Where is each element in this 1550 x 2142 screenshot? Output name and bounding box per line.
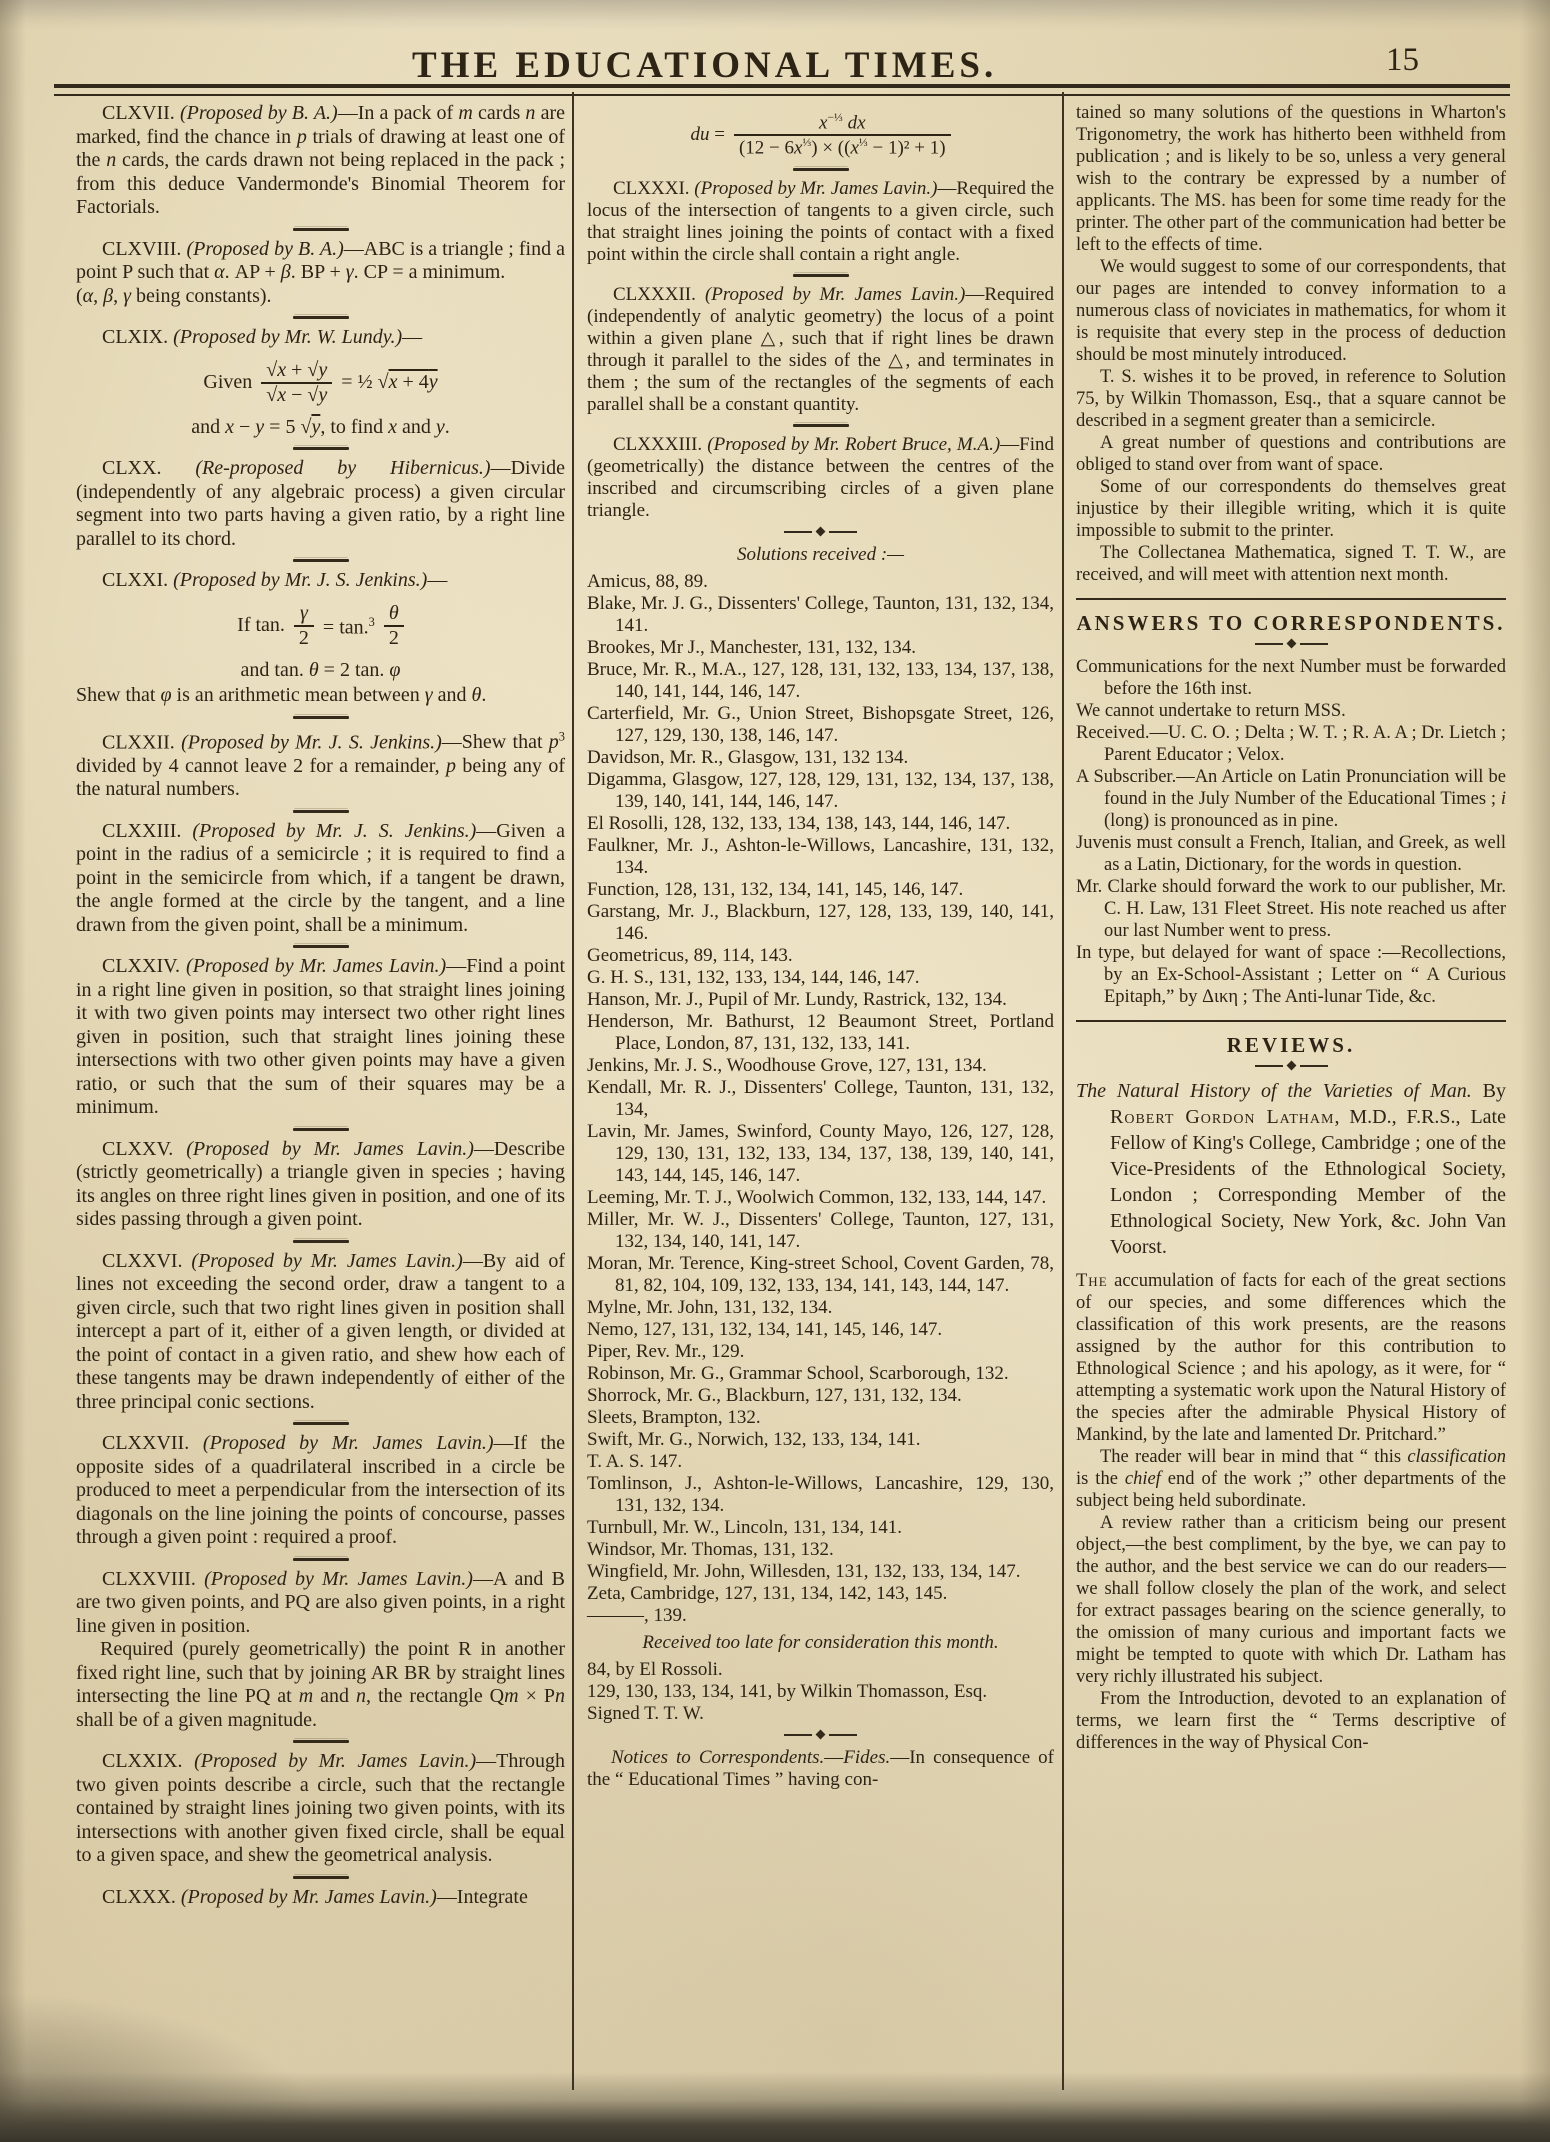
paragraph: From the Introduction, devoted to an exp… — [1076, 1688, 1506, 1754]
diamond-icon — [1286, 1061, 1296, 1071]
problem-attribution: (Proposed by Mr. James Lavin.) — [181, 1886, 437, 1908]
list-item: Miller, Mr. W. J., Dissenters' College, … — [587, 1209, 1054, 1253]
numerator: x−⅓ dx — [814, 111, 871, 134]
numerator: θ — [384, 602, 404, 625]
list-item: Sleets, Brampton, 132. — [587, 1407, 1054, 1429]
math-line: and tan. θ = 2 tan. φ — [76, 659, 565, 683]
problem-number: CLXXVIII. — [102, 1568, 196, 1590]
list-item: In type, but delayed for want of space :… — [1076, 942, 1506, 1008]
diamond-icon — [816, 1730, 826, 1740]
paragraph: 84, by El Rossoli. — [587, 1659, 1054, 1681]
list-item: Mylne, Mr. John, 131, 132, 134. — [587, 1297, 1054, 1319]
separator-rule — [76, 447, 565, 450]
list-item: Garstang, Mr. J., Blackburn, 127, 128, 1… — [587, 901, 1054, 945]
problem-attribution: (Proposed by Mr. Robert Bruce, M.A.) — [707, 434, 1000, 455]
problem-number: CLXXXII. — [613, 284, 696, 305]
ornament-line — [1300, 643, 1328, 645]
list-item: Zeta, Cambridge, 127, 131, 134, 142, 143… — [587, 1583, 1054, 1605]
problem-attribution: (Proposed by B. A.) — [186, 238, 343, 260]
problem-number: CLXVIII. — [102, 238, 181, 260]
problem-number: CLXXIII. — [102, 820, 181, 842]
problem-statement: CLXXV. (Proposed by Mr. James Lavin.)—De… — [76, 1138, 565, 1232]
fraction: √x + √y√x − √y — [261, 359, 332, 407]
separator-rule — [76, 228, 565, 231]
separator-bar — [293, 716, 349, 719]
ornament-line — [1255, 1065, 1283, 1067]
list-item: Shorrock, Mr. G., Blackburn, 127, 131, 1… — [587, 1385, 1054, 1407]
problem-attribution: (Proposed by Mr. James Lavin.) — [194, 1750, 476, 1772]
list-item: Moran, Mr. Terence, King-street School, … — [587, 1253, 1054, 1297]
list-item: Wingfield, Mr. John, Willesden, 131, 132… — [587, 1561, 1054, 1583]
column-divider-2 — [1062, 92, 1064, 2090]
separator-bar — [293, 1240, 349, 1243]
list-item: T. A. S. 147. — [587, 1451, 1054, 1473]
problem-number: CLXXVII. — [102, 1432, 189, 1454]
equation-prefix: Given — [203, 371, 252, 395]
paragraph: Signed T. T. W. — [587, 1703, 1054, 1725]
denominator: (12 − 6x⅓) × ((x⅓ − 1)² + 1) — [734, 134, 951, 159]
list-item: Kendall, Mr. R. J., Dissenters' College,… — [587, 1077, 1054, 1121]
column-3: tained so many solutions of the question… — [1076, 102, 1506, 1754]
list-item: Jenkins, Mr. J. S., Woodhouse Grove, 127… — [587, 1055, 1054, 1077]
separator-rule — [587, 274, 1054, 277]
separator-bar — [293, 228, 349, 231]
fraction: x−⅓ dx(12 − 6x⅓) × ((x⅓ − 1)² + 1) — [734, 111, 951, 159]
ornament-line — [1255, 643, 1283, 645]
problem-statement: CLXXIV. (Proposed by Mr. James Lavin.)—F… — [76, 955, 565, 1120]
ornament-line — [784, 1734, 812, 1736]
diamond-ornament — [587, 1731, 1054, 1738]
problem-number: CLXXV. — [102, 1138, 173, 1160]
separator-bar — [293, 316, 349, 319]
problem-attribution: (Proposed by Mr. J. S. Jenkins.) — [173, 569, 427, 591]
page-edge-top — [0, 0, 1550, 30]
integral-formula: du =x−⅓ dx(12 − 6x⅓) × ((x⅓ − 1)² + 1) — [587, 111, 1054, 159]
problem-attribution: (Proposed by Mr. J. S. Jenkins.) — [181, 731, 442, 753]
list-item: Faulkner, Mr. J., Ashton-le-Willows, Lan… — [587, 835, 1054, 879]
list-item: Windsor, Mr. Thomas, 131, 132. — [587, 1539, 1054, 1561]
problem-statement: CLXXXIII. (Proposed by Mr. Robert Bruce,… — [587, 434, 1054, 522]
math-line: and x − y = 5 √y, to find x and y. — [76, 416, 565, 440]
newspaper-page: THE EDUCATIONAL TIMES. 15 CLXVII. (Propo… — [0, 0, 1550, 2142]
separator-bar — [293, 1128, 349, 1131]
ornament-line — [784, 531, 812, 533]
page-edge-right — [1520, 0, 1550, 2142]
list-item: Lavin, Mr. James, Swinford, County Mayo,… — [587, 1121, 1054, 1187]
list-item: Function, 128, 131, 132, 134, 141, 145, … — [587, 879, 1054, 901]
list-item: Robinson, Mr. G., Grammar School, Scarbo… — [587, 1363, 1054, 1385]
paragraph: (α, β, γ being constants). — [76, 285, 565, 309]
fraction: θ2 — [384, 602, 404, 650]
problem-statement: CLXX. (Re-proposed by Hibernicus.)—Divid… — [76, 457, 565, 551]
separator-bar — [293, 945, 349, 948]
formula-lhs: du = — [690, 124, 724, 146]
separator-rule — [76, 1128, 565, 1131]
ornament-line — [829, 531, 857, 533]
list-item: Davidson, Mr. R., Glasgow, 131, 132 134. — [587, 747, 1054, 769]
problem-statement: CLXXXII. (Proposed by Mr. James Lavin.)—… — [587, 284, 1054, 416]
column-2: du =x−⅓ dx(12 − 6x⅓) × ((x⅓ − 1)² + 1)CL… — [587, 102, 1054, 1791]
list-item: Hanson, Mr. J., Pupil of Mr. Lundy, Rast… — [587, 989, 1054, 1011]
paragraph: We would suggest to some of our correspo… — [1076, 256, 1506, 366]
problem-attribution: (Proposed by Mr. J. S. Jenkins.) — [192, 820, 476, 842]
denominator: 2 — [294, 625, 314, 650]
masthead-title: THE EDUCATIONAL TIMES. — [412, 44, 997, 87]
masthead-rule — [54, 84, 1510, 96]
paragraph: Some of our correspondents do themselves… — [1076, 476, 1506, 542]
problem-number: CLXXVI. — [102, 1250, 183, 1272]
list-item: We cannot undertake to return MSS. — [1076, 700, 1506, 722]
denominator: √x − √y — [261, 382, 332, 407]
section-heading: ANSWERS TO CORRESPONDENTS. — [1076, 612, 1506, 634]
problem-body: — — [427, 569, 447, 591]
problem-statement: CLXXVIII. (Proposed by Mr. James Lavin.)… — [76, 1568, 565, 1639]
problem-body: —By aid of lines not exceeding the secon… — [76, 1250, 565, 1413]
list-item: Leeming, Mr. T. J., Woolwich Common, 132… — [587, 1187, 1054, 1209]
page-edge-left — [0, 0, 26, 2142]
separator-bar — [793, 424, 849, 427]
page-edge-bottom — [0, 2072, 1550, 2142]
ornament-line — [829, 1734, 857, 1736]
section-heading: REVIEWS. — [1076, 1034, 1506, 1056]
diamond-ornament — [1076, 1062, 1506, 1069]
column-rule — [1076, 598, 1506, 600]
problem-statement: CLXXVII. (Proposed by Mr. James Lavin.)—… — [76, 1432, 565, 1550]
italic-heading: Received too late for consideration this… — [587, 1632, 1054, 1654]
diamond-ornament — [587, 528, 1054, 535]
diamond-icon — [1286, 639, 1296, 649]
list-item: Amicus, 88, 89. — [587, 571, 1054, 593]
separator-rule — [76, 1558, 565, 1561]
paragraph: T. S. wishes it to be proved, in referen… — [1076, 366, 1506, 432]
list-item: Geometricus, 89, 114, 143. — [587, 945, 1054, 967]
paragraph: The Collectanea Mathematica, signed T. T… — [1076, 542, 1506, 586]
separator-rule — [76, 716, 565, 719]
problem-number: CLXVII. — [102, 102, 175, 124]
separator-rule — [76, 1740, 565, 1743]
list-item: Received.—U. C. O. ; Delta ; W. T. ; R. … — [1076, 722, 1506, 766]
paragraph: The accumulation of facts for each of th… — [1076, 1270, 1506, 1446]
problem-number: CLXXIV. — [102, 955, 180, 977]
problem-number: CLXXXI. — [613, 178, 690, 199]
list-item: Swift, Mr. G., Norwich, 132, 133, 134, 1… — [587, 1429, 1054, 1451]
problem-number: CLXIX. — [102, 326, 168, 348]
problem-attribution: (Proposed by Mr. James Lavin.) — [191, 1250, 462, 1272]
separator-rule — [76, 1422, 565, 1425]
paragraph: The reader will bear in mind that “ this… — [1076, 1446, 1506, 1512]
list-item: Tomlinson, J., Ashton-le-Willows, Lancas… — [587, 1473, 1054, 1517]
equation: If tan.γ2= tan.3θ2 — [76, 602, 565, 650]
problem-statement: CLXVIII. (Proposed by B. A.)—ABC is a tr… — [76, 238, 565, 285]
separator-bar — [293, 1876, 349, 1879]
problem-body: —Find a point in a right line given in p… — [76, 955, 565, 1118]
separator-bar — [293, 1558, 349, 1561]
separator-bar — [293, 1422, 349, 1425]
list-item: Mr. Clarke should forward the work to ou… — [1076, 876, 1506, 942]
list-item: A Subscriber.—An Article on Latin Pronun… — [1076, 766, 1506, 832]
page-number: 15 — [1386, 42, 1419, 79]
separator-rule — [587, 424, 1054, 427]
list-item: El Rosolli, 128, 132, 133, 134, 138, 143… — [587, 813, 1054, 835]
paragraph: Required (purely geometrically) the poin… — [76, 1638, 565, 1732]
list-item: Communications for the next Number must … — [1076, 656, 1506, 700]
list-item: Piper, Rev. Mr., 129. — [587, 1341, 1054, 1363]
paragraph: tained so many solutions of the question… — [1076, 102, 1506, 256]
separator-rule — [76, 316, 565, 319]
problem-attribution: (Re-proposed by Hibernicus.) — [195, 457, 490, 479]
separator-bar — [293, 447, 349, 450]
list-item: G. H. S., 131, 132, 133, 134, 144, 146, … — [587, 967, 1054, 989]
problem-statement: CLXXX. (Proposed by Mr. James Lavin.)—In… — [76, 1886, 565, 1910]
problem-statement: CLXXIII. (Proposed by Mr. J. S. Jenkins.… — [76, 820, 565, 938]
equation-middle: = tan.3 — [323, 611, 375, 640]
problem-attribution: (Proposed by Mr. James Lavin.) — [186, 1138, 474, 1160]
problem-number: CLXXIX. — [102, 1750, 183, 1772]
denominator: 2 — [384, 625, 404, 650]
list-item: Nemo, 127, 131, 132, 134, 141, 145, 146,… — [587, 1319, 1054, 1341]
problem-statement: CLXXVI. (Proposed by Mr. James Lavin.)—B… — [76, 1250, 565, 1415]
problem-attribution: (Proposed by Mr. James Lavin.) — [204, 1568, 473, 1590]
diamond-icon — [816, 527, 826, 537]
separator-rule — [587, 168, 1054, 171]
problem-statement: CLXXI. (Proposed by Mr. J. S. Jenkins.)— — [76, 569, 565, 593]
equation: Given√x + √y√x − √y= ½ √x + 4y — [76, 359, 565, 407]
list-item: 129, 130, 133, 134, 141, by Wilkin Thoma… — [587, 1681, 1054, 1703]
italic-heading: Solutions received :— — [587, 544, 1054, 566]
problem-statement: CLXXIX. (Proposed by Mr. James Lavin.)—T… — [76, 1750, 565, 1868]
column-divider-1 — [572, 92, 574, 2090]
separator-bar — [793, 274, 849, 277]
paragraph: Notices to Correspondents.—Fides.—In con… — [587, 1747, 1054, 1791]
problem-attribution: (Proposed by Mr. James Lavin.) — [694, 178, 937, 199]
problem-number: CLXX. — [102, 457, 161, 479]
fraction: γ2 — [294, 602, 314, 650]
equation-prefix: If tan. — [237, 614, 285, 638]
page-corner-shadow — [0, 1992, 330, 2142]
numerator: γ — [295, 602, 313, 625]
column-rule — [1076, 1020, 1506, 1022]
equation-rhs: = ½ √x + 4y — [341, 371, 437, 395]
list-item: Digamma, Glasgow, 127, 128, 129, 131, 13… — [587, 769, 1054, 813]
separator-bar — [793, 168, 849, 171]
problem-number: CLXXI. — [102, 569, 168, 591]
separator-rule — [76, 810, 565, 813]
separator-bar — [293, 810, 349, 813]
problem-body: — — [402, 326, 422, 348]
list-item: Blake, Mr. J. G., Dissenters' College, T… — [587, 593, 1054, 637]
list-item: Brookes, Mr J., Manchester, 131, 132, 13… — [587, 637, 1054, 659]
separator-bar — [293, 559, 349, 562]
separator-rule — [76, 559, 565, 562]
list-item: Bruce, Mr. R., M.A., 127, 128, 131, 132,… — [587, 659, 1054, 703]
diamond-ornament — [1076, 640, 1506, 647]
problem-statement: CLXXII. (Proposed by Mr. J. S. Jenkins.)… — [76, 726, 565, 802]
list-item: Henderson, Mr. Bathurst, 12 Beaumont Str… — [587, 1011, 1054, 1055]
paragraph: Shew that φ is an arithmetic mean betwee… — [76, 684, 565, 708]
paragraph: A great number of questions and contribu… — [1076, 432, 1506, 476]
list-item: Turnbull, Mr. W., Lincoln, 131, 134, 141… — [587, 1517, 1054, 1539]
separator-rule — [76, 1876, 565, 1879]
problem-attribution: (Proposed by B. A.) — [180, 102, 338, 124]
problem-number: CLXXII. — [102, 731, 175, 753]
review-citation: The Natural History of the Varieties of … — [1076, 1078, 1506, 1260]
problem-statement: CLXXXI. (Proposed by Mr. James Lavin.)—R… — [587, 178, 1054, 266]
ornament-line — [1300, 1065, 1328, 1067]
list-item: Carterfield, Mr. G., Union Street, Bisho… — [587, 703, 1054, 747]
problem-statement: CLXIX. (Proposed by Mr. W. Lundy.)— — [76, 326, 565, 350]
numerator: √x + √y — [261, 359, 332, 382]
problem-number: CLXXX. — [102, 1886, 176, 1908]
separator-bar — [293, 1740, 349, 1743]
paragraph: A review rather than a criticism being o… — [1076, 1512, 1506, 1688]
list-item: ———, 139. — [587, 1605, 1054, 1627]
list-item: Juvenis must consult a French, Italian, … — [1076, 832, 1506, 876]
problem-attribution: (Proposed by Mr. James Lavin.) — [705, 284, 965, 305]
separator-rule — [76, 1240, 565, 1243]
separator-rule — [76, 945, 565, 948]
column-1: CLXVII. (Proposed by B. A.)—In a pack of… — [76, 102, 565, 1909]
problem-attribution: (Proposed by Mr. W. Lundy.) — [173, 326, 402, 348]
problem-number: CLXXXIII. — [613, 434, 702, 455]
problem-attribution: (Proposed by Mr. James Lavin.) — [203, 1432, 494, 1454]
problem-attribution: (Proposed by Mr. James Lavin.) — [186, 955, 446, 977]
problem-statement: CLXVII. (Proposed by B. A.)—In a pack of… — [76, 102, 565, 220]
problem-body: —Integrate — [437, 1886, 528, 1908]
